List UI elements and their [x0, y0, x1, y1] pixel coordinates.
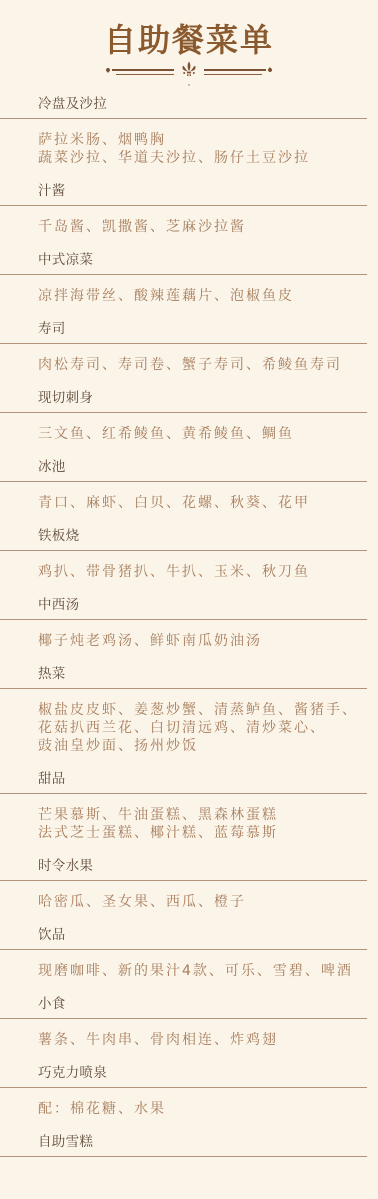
section-divider — [0, 1156, 367, 1157]
section-chinese-cold-dishes: 中式凉菜 凉拌海带丝、酸辣莲藕片、泡椒鱼皮 — [0, 252, 378, 305]
section-ice-cream: 自助雪糕 — [0, 1134, 378, 1157]
page-title: 自助餐菜单 — [0, 0, 378, 59]
section-items: 千岛酱、凯撒酱、芝麻沙拉酱 — [0, 206, 378, 236]
section-sashimi: 现切刺身 三文鱼、红希鲮鱼、黄希鲮鱼、鲷鱼 — [0, 390, 378, 443]
section-header: 铁板烧 — [38, 528, 378, 544]
section-seasonal-fruits: 时令水果 哈密瓜、圣女果、西瓜、橙子 — [0, 858, 378, 911]
menu-item-line: 千岛酱、凯撒酱、芝麻沙拉酱 — [38, 218, 368, 236]
menu-item-line: 现磨咖啡、新的果汁4款、可乐、雪碧、啤酒 — [38, 962, 368, 980]
section-header: 小食 — [38, 996, 378, 1012]
menu-item-line: 萨拉米肠、烟鸭胸 — [38, 131, 368, 149]
menu-item-line: 鸡扒、带骨猪扒、牛扒、玉米、秋刀鱼 — [38, 563, 368, 581]
section-items: 哈密瓜、圣女果、西瓜、橙子 — [0, 881, 378, 911]
section-snacks: 小食 薯条、牛肉串、骨肉相连、炸鸡翅 — [0, 996, 378, 1049]
fleur-de-lis-icon — [181, 61, 197, 79]
section-chocolate-fountain: 巧克力喷泉 配：棉花糖、水果 — [0, 1065, 378, 1118]
menu-item-line: 椒盐皮皮虾、姜葱炒蟹、清蒸鲈鱼、酱猪手、 — [38, 701, 368, 719]
section-header: 甜品 — [38, 771, 378, 787]
section-items: 配：棉花糖、水果 — [0, 1088, 378, 1118]
section-hot-dishes: 热菜 椒盐皮皮虾、姜葱炒蟹、清蒸鲈鱼、酱猪手、 花菇扒西兰花、白切清远鸡、清炒菜… — [0, 666, 378, 755]
menu-item-line: 青口、麻虾、白贝、花螺、秋葵、花甲 — [38, 494, 368, 512]
section-desserts: 甜品 芒果慕斯、牛油蛋糕、黑森林蛋糕 法式芝士蛋糕、椰汁糕、蓝莓慕斯 — [0, 771, 378, 842]
section-header: 冷盘及沙拉 — [38, 96, 378, 112]
section-header: 饮品 — [38, 927, 378, 943]
divider-left-line — [112, 69, 174, 71]
buffet-menu-page: 自助餐菜单 冷盘及沙拉 萨拉米肠、烟鸭胸 蔬菜沙拉、华道夫沙拉、肠仔土豆沙拉 — [0, 0, 378, 1199]
section-items: 萨拉米肠、烟鸭胸 蔬菜沙拉、华道夫沙拉、肠仔土豆沙拉 — [0, 119, 378, 167]
menu-item-line: 凉拌海带丝、酸辣莲藕片、泡椒鱼皮 — [38, 287, 368, 305]
divider-right-cap-icon — [267, 67, 273, 73]
section-header: 汁酱 — [38, 183, 378, 199]
divider-right-line — [204, 69, 266, 71]
menu-sections: 冷盘及沙拉 萨拉米肠、烟鸭胸 蔬菜沙拉、华道夫沙拉、肠仔土豆沙拉 汁酱 千岛酱、… — [0, 96, 378, 1157]
section-drinks: 饮品 现磨咖啡、新的果汁4款、可乐、雪碧、啤酒 — [0, 927, 378, 980]
menu-item-line: 三文鱼、红希鲮鱼、黄希鲮鱼、鲷鱼 — [38, 425, 368, 443]
menu-item-line: 肉松寿司、寿司卷、蟹子寿司、希鲮鱼寿司 — [38, 356, 368, 374]
section-header: 中式凉菜 — [38, 252, 378, 268]
section-header: 巧克力喷泉 — [38, 1065, 378, 1081]
section-items: 现磨咖啡、新的果汁4款、可乐、雪碧、啤酒 — [0, 950, 378, 980]
section-header: 现切刺身 — [38, 390, 378, 406]
section-items: 椰子炖老鸡汤、鲜虾南瓜奶油汤 — [0, 620, 378, 650]
menu-item-line: 豉油皇炒面、扬州炒饭 — [38, 737, 368, 755]
menu-item-line: 薯条、牛肉串、骨肉相连、炸鸡翅 — [38, 1031, 368, 1049]
section-items: 青口、麻虾、白贝、花螺、秋葵、花甲 — [0, 482, 378, 512]
section-sauces: 汁酱 千岛酱、凯撒酱、芝麻沙拉酱 — [0, 183, 378, 236]
menu-item-line: 法式芝士蛋糕、椰汁糕、蓝莓慕斯 — [38, 824, 368, 842]
section-items: 芒果慕斯、牛油蛋糕、黑森林蛋糕 法式芝士蛋糕、椰汁糕、蓝莓慕斯 — [0, 794, 378, 842]
menu-item-line: 椰子炖老鸡汤、鲜虾南瓜奶油汤 — [38, 632, 368, 650]
section-header: 时令水果 — [38, 858, 378, 874]
section-items: 肉松寿司、寿司卷、蟹子寿司、希鲮鱼寿司 — [0, 344, 378, 374]
section-items: 凉拌海带丝、酸辣莲藕片、泡椒鱼皮 — [0, 275, 378, 305]
menu-item-line: 花菇扒西兰花、白切清远鸡、清炒菜心、 — [38, 719, 368, 737]
section-header: 寿司 — [38, 321, 378, 337]
section-soups: 中西汤 椰子炖老鸡汤、鲜虾南瓜奶油汤 — [0, 597, 378, 650]
section-teppanyaki: 铁板烧 鸡扒、带骨猪扒、牛扒、玉米、秋刀鱼 — [0, 528, 378, 581]
menu-item-line: 芒果慕斯、牛油蛋糕、黑森林蛋糕 — [38, 806, 368, 824]
section-items: 椒盐皮皮虾、姜葱炒蟹、清蒸鲈鱼、酱猪手、 花菇扒西兰花、白切清远鸡、清炒菜心、 … — [0, 689, 378, 755]
section-header: 热菜 — [38, 666, 378, 682]
section-cold-cuts-salads: 冷盘及沙拉 萨拉米肠、烟鸭胸 蔬菜沙拉、华道夫沙拉、肠仔土豆沙拉 — [0, 96, 378, 167]
section-items: 薯条、牛肉串、骨肉相连、炸鸡翅 — [0, 1019, 378, 1049]
menu-item-line: 蔬菜沙拉、华道夫沙拉、肠仔土豆沙拉 — [38, 149, 368, 167]
section-header: 冰池 — [38, 459, 378, 475]
section-items: 三文鱼、红希鲮鱼、黄希鲮鱼、鲷鱼 — [0, 413, 378, 443]
section-ice-pool: 冰池 青口、麻虾、白贝、花螺、秋葵、花甲 — [0, 459, 378, 512]
section-header: 中西汤 — [38, 597, 378, 613]
section-header: 自助雪糕 — [38, 1134, 378, 1150]
section-sushi: 寿司 肉松寿司、寿司卷、蟹子寿司、希鲮鱼寿司 — [0, 321, 378, 374]
menu-item-line: 哈密瓜、圣女果、西瓜、橙子 — [38, 893, 368, 911]
section-items: 鸡扒、带骨猪扒、牛扒、玉米、秋刀鱼 — [0, 551, 378, 581]
menu-item-line: 配：棉花糖、水果 — [38, 1100, 368, 1118]
divider-left-cap-icon — [105, 67, 111, 73]
title-divider — [0, 60, 378, 80]
